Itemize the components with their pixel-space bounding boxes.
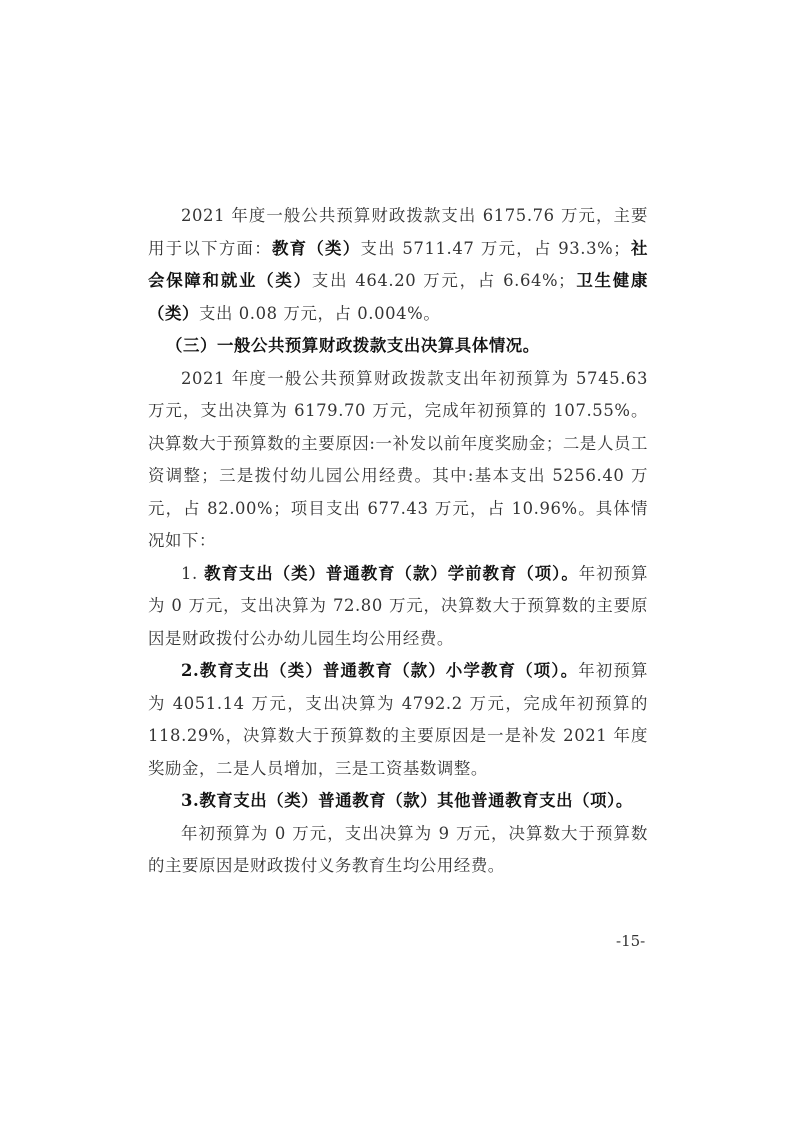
expenditure-overview-paragraph: 2021 年度一般公共预算财政拨款支出 6175.76 万元，主要用于以下方面：… <box>148 200 648 330</box>
item-1-paragraph: 1. 教育支出（类）普通教育（款）学前教育（项）。年初预算为 0 万元，支出决算… <box>148 558 648 656</box>
section-heading: （三）一般公共预算财政拨款支出决算具体情况。 <box>148 330 648 363</box>
text-segment: 支出 0.08 万元，占 0.004%。 <box>199 304 440 323</box>
item-2-paragraph: 2.教育支出（类）普通教育（款）小学教育（项）。年初预算为 4051.14 万元… <box>148 655 648 785</box>
item-3-heading: 3.教育支出（类）普通教育（款）其他普通教育支出（项）。 <box>148 785 648 818</box>
text-segment: 支出 464.20 万元，占 6.64%； <box>312 271 575 290</box>
item-2-title: 教育支出（类）普通教育（款）小学教育（项）。 <box>199 661 578 680</box>
page-number: -15- <box>616 932 645 950</box>
document-body: 2021 年度一般公共预算财政拨款支出 6175.76 万元，主要用于以下方面：… <box>148 200 648 883</box>
item-3-number: 3. <box>181 791 199 810</box>
category-education-label: 教育（类） <box>272 239 361 258</box>
summary-paragraph: 2021 年度一般公共预算财政拨款支出年初预算为 5745.63 万元，支出决算… <box>148 363 648 558</box>
item-2-number: 2. <box>181 661 199 680</box>
item-1-number: 1. <box>181 564 204 583</box>
item-3-title: 教育支出（类）普通教育（款）其他普通教育支出（项）。 <box>199 791 633 810</box>
item-3-body-paragraph: 年初预算为 0 万元，支出决算为 9 万元，决算数大于预算数的主要原因是财政拨付… <box>148 818 648 883</box>
item-1-title: 教育支出（类）普通教育（款）学前教育（项）。 <box>204 564 579 583</box>
text-segment: 支出 5711.47 万元，占 93.3%； <box>360 239 630 258</box>
